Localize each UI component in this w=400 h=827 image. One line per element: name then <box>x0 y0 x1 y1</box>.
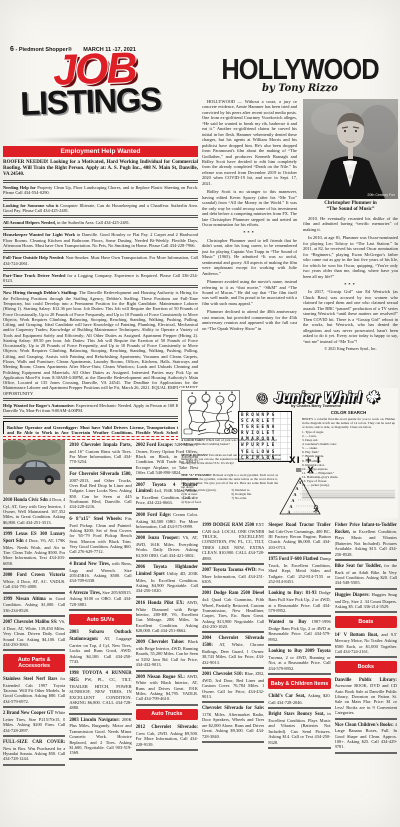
classified-ad: 1999 DODGE RAM 2500 EXT CAB 4x4: LOCAL O… <box>202 520 264 565</box>
article-paragraph: Christopher Plummer used to tell friends… <box>202 238 297 276</box>
article-paragraph: *** <box>202 230 297 235</box>
employment-ad: Part-Time Truck Driver Needed for a Logg… <box>3 271 198 289</box>
ad-lead: Looking to Buy 2009 Toyota <box>268 649 330 654</box>
classified-ad: 2002 Ford Escape: 52K Miles, 1 Owner, Ev… <box>136 440 198 480</box>
employment-ad: Help Wanted for Roger's Automotive: Expe… <box>3 401 198 419</box>
ad-lead: Bright Stars Bouncy Seat, <box>268 712 324 717</box>
yarn-maze-drawing: A B C D <box>181 390 240 439</box>
paragraph-text: Plummer avoided using the movie's name, … <box>202 279 297 306</box>
ad-body: White, 4 Door, AT, AC. VADLR. Call 434-7… <box>3 579 65 589</box>
classified-ad: Looking to Buy: 81-93 Dodge Ram Full Siz… <box>268 588 330 617</box>
classified-ad: 1998 TOYOTA 4 RUNNER SR5: PW, PL, CC, TI… <box>69 668 131 714</box>
paragraph-text: In 2010, at age 81, Plummer was Oscar-no… <box>303 235 398 278</box>
employment-ad: ROOFER NEEDED! Looking for a Motivated, … <box>3 158 198 183</box>
ad-lead: Boats <box>336 619 396 625</box>
junior-whirl-byline: by Charles Barry Townsend <box>236 404 396 408</box>
ad-lead: 2012 Chevrolet Silverado: <box>136 725 198 730</box>
classified-ad: 2007 Chevrolet Malibu SS: V6, 4 Door, AT… <box>3 617 65 651</box>
classified-ad: 2010 Chevrolet Impala Parts, and 16" Cus… <box>69 440 131 469</box>
logo-paper-shadow <box>12 136 192 144</box>
ad-lead: Books <box>336 664 396 670</box>
article-paragraph: *** <box>303 282 398 287</box>
ad-lead: FULL-SIZE CAR COVER: <box>3 740 65 745</box>
ad-lead: Bike Seat for Toddler, <box>335 564 382 569</box>
ad-body: 4x4 Quad Cab Cummins, Fifth Wheel, Parti… <box>202 597 264 629</box>
color-search-heading: COLOR SEARCH <box>302 410 395 416</box>
ad-lead: Chevrolet Silverado for Sale: <box>202 706 264 711</box>
ad-lead: 2007 Toyota Tacoma 4WD: <box>202 568 257 573</box>
classified-ad: Auto SUVs <box>69 614 131 625</box>
hollywood-column: HOLLYWOOD by Tony Rizzo HOLLYWOOD — With… <box>202 42 398 386</box>
classified-ad: Wanted to Buy 1987-1996 Dodge Ram Pick U… <box>268 617 330 646</box>
paragraph-text: In 2017, “Gossip Girl” star Ed Westwick … <box>303 289 398 343</box>
ad-body: Intl Cab-Over Cummings, 400 BC, III Fact… <box>268 529 330 550</box>
ad-lead: Huggies Diapers: <box>335 593 370 598</box>
employment-section: Employment Help Wanted ROOFER NEEDED! Lo… <box>3 146 198 434</box>
ad-lead: Looking for Someone who is <box>3 203 59 208</box>
ad-lead: Help Wanted for Roger's Automotive: <box>3 403 75 408</box>
ad-body: Awesome BOOK, DVD and CD Auto Book Sale … <box>335 683 397 715</box>
ad-lead: 14' V Bottom Boat, <box>335 633 379 638</box>
ad-lead: 2000 Ford Crown Victoria <box>3 573 65 578</box>
photo-caption: Christopher Plummer in “The Sound of Mus… <box>303 201 398 213</box>
yarn-label-a: A <box>191 391 194 395</box>
classified-ad: Danville Public Library: Awesome BOOK, D… <box>335 675 397 720</box>
ad-lead: 2009 Nissan Rogue SL: <box>136 675 185 680</box>
ad-lead: All Around Helpers Needed, <box>3 220 56 225</box>
ad-body: 200K Plus Miles, Burgundy. Motor and Tra… <box>69 717 131 756</box>
ad-body: EXT CAB 4x4: LOCAL ONE OWNER TRUCK, EXCE… <box>202 522 264 561</box>
ad-lead: 2000 Isuzu Trooper: <box>136 536 180 541</box>
ad-lead: 2010 Chevrolet Impala Parts, <box>69 443 131 448</box>
classified-ad: Looking to Buy 2009 Toyota Tacoma, 2 or … <box>268 646 330 675</box>
ad-body: 117K Miles. Aftermarket Radio, Door Spea… <box>202 712 264 739</box>
classified-ad: Books <box>335 661 397 672</box>
classified-ad: For Chevrolet Silverado 1500, 2007-2013,… <box>69 469 131 514</box>
hollywood-title: HOLLYWOOD <box>204 54 396 83</box>
classified-ad: Stainless Steel Nerf Bars for Extended C… <box>3 674 65 708</box>
ad-lead: Child's Car Seat, <box>268 694 305 699</box>
ad-body: 2007-2013, and Other Trucks. Over Rail B… <box>69 478 131 510</box>
classified-ad: 2001 Chevrolet S10: Blue, ZR2, 4WD, 3rd … <box>202 669 264 703</box>
ad-lead: 1975 Ford F-600 Flatbed <box>268 557 318 562</box>
classified-ad: 1999 Nissan Altima in Good Condition. As… <box>3 594 65 617</box>
paragraph-text: *** <box>243 230 256 235</box>
article-paragraph: Plummer avoided using the movie's name, … <box>202 279 297 306</box>
employment-ad: Needing Help for Property Clean Up, Floo… <box>3 183 198 201</box>
ad-lead: Auto Trucks <box>137 711 197 717</box>
article-paragraph: In 2017, “Gossip Girl” star Ed Westwick … <box>303 289 398 344</box>
employment-ad: Backhoe Operator and Gravedigger: Must h… <box>3 421 198 434</box>
job-listings-logo: JOB LISTINGS <box>19 49 192 139</box>
ad-lead: 4 Atrezzo Tires, <box>69 591 101 596</box>
ad-lead: 6- 8"x15" Steel Wheels: <box>69 517 122 522</box>
classified-ad: 2007 Toyota 4 Runner Limited: 4x4, 194K … <box>136 480 198 510</box>
classified-ad: 2009 Nissan Rogue SL: AWD, White with Bl… <box>136 672 198 706</box>
ad-lead: 4 Brand New Tires, <box>69 562 110 567</box>
hollywood-text-col2: 20th Century Fox Christopher Plummer in … <box>303 99 398 355</box>
masthead-separator: - <box>15 47 17 53</box>
paragraph-text: © 2021 King Features Synd., Inc. <box>324 347 376 351</box>
ad-lead: 2001 Chevrolet S10: <box>202 672 243 677</box>
ad-lead: 2016 Honda Pilot EX: <box>136 601 185 606</box>
article-paragraph: HOLLYWOOD — Without a court, a jury or c… <box>202 99 297 186</box>
page-number: 6 <box>10 46 14 53</box>
classified-column-5: Sleeper Road Tractor Trailer Intl Cab-Ov… <box>268 440 330 749</box>
classified-ad: 4 Atrezzo Tires, Size 205/65R15. Asking … <box>69 588 131 611</box>
ad-body: in the Sutherlin Area. Call 434-425-2481… <box>57 220 130 225</box>
article-paragraph: 2010. He eventually recanted his dislike… <box>303 216 398 232</box>
yarn-label-c: C <box>219 391 222 395</box>
ad-lead: 1999 DODGE RAM 2500 <box>202 523 254 528</box>
classified-ad: Child's Car Seat, Asking $20. Call 434-7… <box>268 691 330 709</box>
classified-ad: 2006 Toyota Highlander Limited Sport Uti… <box>136 562 198 598</box>
ad-lead: 2002 Ford Escape: <box>136 443 174 448</box>
classified-ad: FULL-SIZE CAR COVER: New in Box. Was Pur… <box>3 737 65 766</box>
article-paragraph: In 2010, at age 81, Plummer was Oscar-no… <box>303 235 398 279</box>
ad-lead: 2001 Dodge Ram 2500 Diesel <box>202 591 264 596</box>
classified-column-3: 2002 Ford Escape: 52K Miles, 1 Owner, Ev… <box>136 440 198 751</box>
ad-body: Fits Ford Pickup. Clean and Painted. Ask… <box>69 516 131 555</box>
article-paragraph: Ridley Scott is no stranger to this mane… <box>202 189 297 227</box>
caption-line2: “The Sound of Music” <box>327 207 375 212</box>
ad-lead: Full-Time Outside Help Needed: <box>3 255 65 260</box>
ad-body: The Danville Redevelopment and Housing A… <box>3 290 198 395</box>
ad-lead: Danville Public Library: <box>335 678 397 683</box>
ad-lead: Stainless Steel Nerf Bars <box>3 677 57 682</box>
christopher-plummer-photo: 20th Century Fox <box>303 99 398 199</box>
ad-lead: Wanted to Buy <box>268 620 306 625</box>
paragraph-text: 2010. He eventually recanted his dislike… <box>303 216 398 232</box>
classified-column-2: 2010 Chevrolet Impala Parts, and 16" Cus… <box>69 440 131 760</box>
classified-ad: 2016 Honda Pilot EX: AWD, White Diamond … <box>136 598 198 638</box>
classified-ad: Auto Parts & Accessories <box>3 654 65 671</box>
classified-ad: Chevrolet Silverado for Sale: 117K Miles… <box>202 703 264 743</box>
newspaper-page: 6 - Piedmont Shopper® MARCH 11 -17, 2021… <box>0 0 400 827</box>
caption-line1: Christopher Plummer in <box>324 201 377 206</box>
classified-ad: 4 Brand New Tires, with Rims, Lugs and W… <box>69 559 131 588</box>
ad-lead: Sleeper Road Tractor Trailer <box>268 523 330 528</box>
ad-lead: 2009 Chevrolet Tahoe: <box>136 640 185 645</box>
ad-lead: Needing Help for <box>3 185 36 190</box>
paragraph-text: Plummer declined to attend the 40th anni… <box>202 309 297 330</box>
classified-ad: 2000 Isuzu Trooper: V6, AT, 4WD, 161K Mi… <box>136 533 198 562</box>
yarn-label-d: D <box>231 391 234 395</box>
classified-ad: 2003 Lincoln Navigator: 200K Plus Miles,… <box>69 715 131 760</box>
honda-civic-photo <box>3 440 65 494</box>
classified-ad: Sleeper Road Tractor Trailer Intl Cab-Ov… <box>268 520 330 554</box>
ad-lead: Looking to Buy: 81-93 <box>268 591 316 596</box>
ad-lead: 1999 Nissan Altima <box>3 597 46 602</box>
employment-ad: All Around Helpers Needed, in the Suther… <box>3 218 198 230</box>
color-search-intro: HERE'S a colorful find-the-word puzzle f… <box>302 417 395 429</box>
classified-ad: Bright Stars Bouncy Seat, in Excellent C… <box>268 709 330 749</box>
hollywood-text-col1: HOLLYWOOD — Without a court, a jury or c… <box>202 99 297 355</box>
ad-lead: Auto Parts & Accessories <box>4 657 64 669</box>
ad-lead: Backhoe Operator and Gravedigger: <box>7 425 78 430</box>
classified-ad: Auto Trucks <box>136 709 198 720</box>
classified-ad: 2009 Chevrolet Tahoe: Black with Beige I… <box>136 637 198 671</box>
employment-ad: Looking for Someone who is Computer Illi… <box>3 201 198 219</box>
employment-ad: Full-Time Outside Help Needed: Non-Smoke… <box>3 253 198 271</box>
ad-body: New in Box. Was Purchased for a Hyundai … <box>3 746 65 762</box>
classified-ad: Nice Clean Children's Books: 4 Large Ban… <box>335 720 397 754</box>
ad-lead: 2 Brand New Cooper GT <box>3 711 53 716</box>
paragraph-text: Ridley Scott is no stranger to this mane… <box>202 189 297 227</box>
article-paragraph: © 2021 King Features Synd., Inc. <box>303 347 398 352</box>
classified-ad: 2003 Subaru Outback Stationwagon: AT, Lu… <box>69 627 131 668</box>
logo-word-listings: LISTINGS <box>20 84 191 118</box>
ad-lead: 2010 Honda Civic Sdn <box>3 498 48 503</box>
classified-ad: 2000 Ford Crown Victoria White, 4 Door, … <box>3 570 65 593</box>
ad-lead: Baby & Children Items <box>269 681 329 687</box>
paragraph-text: *** <box>344 282 357 287</box>
ad-lead: 2008 Ford Edge: <box>136 513 171 518</box>
ad-body: Crew Cab, 2WD. Asking $9,500. For More I… <box>136 731 198 747</box>
ad-lead: Now Hiring through Debbie's Staffing: <box>3 290 77 295</box>
classified-ad: 2008 Ford Edge: Cream Color. Asking $4,5… <box>136 510 198 533</box>
classified-ad: Boats <box>335 616 397 627</box>
classified-ad: 1975 Ford F-600 Flatbed Dump Truck, In E… <box>268 554 330 588</box>
classified-ad: 2 Brand New Cooper GT White Letter Tires… <box>3 708 65 737</box>
paragraph-text: Christopher Plummer used to tell friends… <box>202 238 297 276</box>
classified-ad: 1999 Lexus ES 300 Luxury Sport Sdn 4 Doo… <box>3 529 65 570</box>
classified-ad: 2007 Toyota Tacoma 4WD: For More Informa… <box>202 565 264 588</box>
ad-body: Tacoma, 2 or 4WD, Running or Not, at a R… <box>268 655 330 671</box>
employment-ad: Housekeeper Wanted for Light Work in Dan… <box>3 230 198 253</box>
paragraph-text: HOLLYWOOD — Without a court, a jury or c… <box>202 99 297 186</box>
ad-lead: Auto SUVs <box>70 617 130 623</box>
ad-lead: 2007 Chevrolet Malibu SS: <box>3 620 58 625</box>
classified-ad: Huggies Diapers: Huggies Snug and Dry, S… <box>335 590 397 613</box>
ad-lead: For Chevrolet Silverado 1500, <box>69 472 131 477</box>
classified-column-4: 1999 DODGE RAM 2500 EXT CAB 4x4: LOCAL O… <box>202 440 264 743</box>
classified-ad: 14' V Bottom Boat, and 9.5' Mercury Moto… <box>335 630 397 659</box>
classified-ad: Baby & Children Items <box>268 678 330 689</box>
classifieds-grid: 2010 Honda Civic Sdn 4 Door, 4 Cyl, AT, … <box>3 440 397 826</box>
classified-column-6: Fisher Price Infant-to-Toddler Rocker, i… <box>335 440 397 754</box>
employment-ad: Now Hiring through Debbie's Staffing: Th… <box>3 288 198 401</box>
employment-section-banner: Employment Help Wanted <box>3 146 198 157</box>
classified-ad: 2012 Chevrolet Silverado: Crew Cab, 2WD.… <box>136 722 198 751</box>
article-paragraph: Plummer declined to attend the 40th anni… <box>202 309 297 331</box>
ad-lead: ROOFER NEEDED! <box>3 160 49 165</box>
classified-column-1: 2010 Honda Civic Sdn 4 Door, 4 Cyl, AT, … <box>3 440 65 766</box>
classified-ad: 2010 Honda Civic Sdn 4 Door, 4 Cyl, AT, … <box>3 495 65 529</box>
ad-lead: Nice Clean Children's Books: <box>335 723 394 728</box>
ad-lead: Part-Time Truck Driver Needed <box>3 273 65 278</box>
ad-lead: 2003 Lincoln Navigator: <box>69 718 120 723</box>
classified-ad: Bike Seat for Toddler, for the Back of a… <box>335 561 397 590</box>
photo-credit: 20th Century Fox <box>367 193 395 197</box>
ad-body: and 16" Custom Rims with Tires. For More… <box>69 449 131 465</box>
classified-ad: 6- 8"x15" Steel Wheels: Fits Ford Pickup… <box>69 514 131 559</box>
classified-ad: 2001 Dodge Ram 2500 Diesel 4x4 Quad Cab … <box>202 588 264 633</box>
classified-ad: 2004 Chevrolet Silverado 1500: AT, White… <box>202 633 264 669</box>
ad-lead: Housekeeper Wanted for Light Work <box>3 232 75 237</box>
classified-ad: Fisher Price Infant-to-Toddler Rocker, i… <box>335 520 397 561</box>
